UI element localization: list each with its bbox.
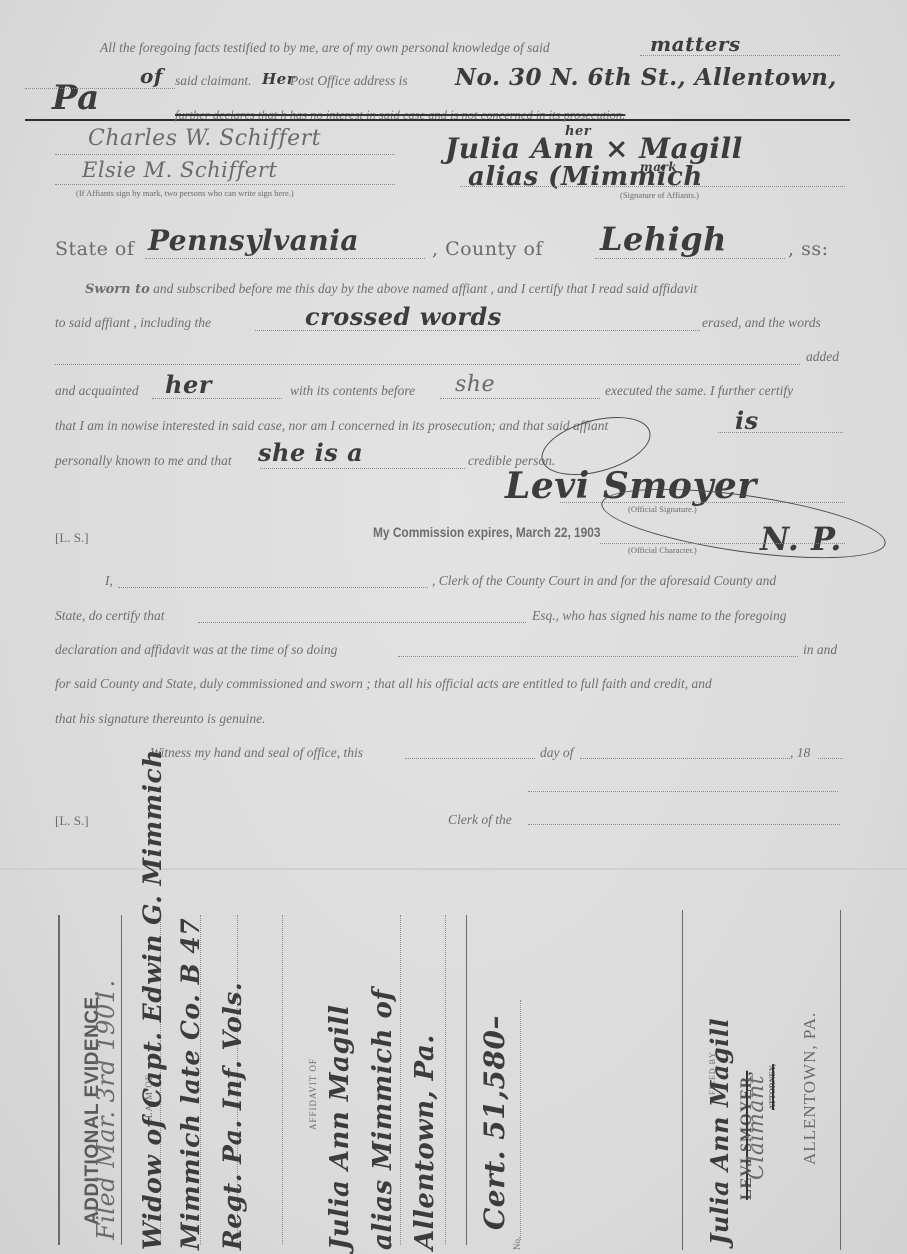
- clerk-line4: for said County and State, duly commissi…: [55, 676, 712, 692]
- filed-by-signature: Julia Ann Magill: [705, 1018, 734, 1245]
- clerk-line3-label: declaration and affidavit was at the tim…: [55, 642, 337, 658]
- witness-signature-1: Charles W. Schiffert: [88, 126, 321, 151]
- dotted-line: [400, 915, 401, 1245]
- dotted-line: [595, 258, 785, 259]
- office-field[interactable]: [398, 656, 798, 657]
- added-label: added: [806, 349, 839, 365]
- dotted-line: [282, 915, 283, 1245]
- dotted-line: [460, 186, 845, 187]
- clerk-line1-text: , Clerk of the County Court in and for t…: [432, 573, 776, 589]
- handwritten-address: No. 30 N. 6th St., Allentown,: [455, 64, 837, 91]
- clerk-name-field[interactable]: [118, 587, 428, 588]
- said-claimant-text: said claimant.: [175, 73, 252, 89]
- dotted-line: [55, 184, 395, 185]
- seal-label-2: [L. S.]: [55, 813, 89, 829]
- affiant-caption: (Signature of Affiants.): [620, 190, 699, 200]
- erased-label: erased, and the words: [702, 315, 821, 331]
- handwritten-her-2: her: [165, 370, 212, 399]
- handwritten-is: is: [735, 406, 759, 435]
- contents-label: with its contents before: [290, 383, 415, 399]
- post-office-label: Post Office address is: [290, 73, 408, 89]
- affidavit-line-3: Allentown, Pa.: [410, 1034, 440, 1250]
- claim-line-3: Regt. Pa. Inf. Vols.: [218, 982, 247, 1250]
- clerk-line2-text: Esq., who has signed his name to the for…: [532, 608, 787, 624]
- clerk-line2-label: State, do certify that: [55, 608, 164, 624]
- state-value: Pennsylvania: [148, 224, 359, 257]
- fold-crease: [0, 868, 907, 870]
- personally-known-label: personally known to me and that: [55, 453, 232, 469]
- dotted-line: [520, 1000, 521, 1240]
- including-label: to said affiant , including the: [55, 315, 211, 331]
- affidavit-line-1: Julia Ann Magill: [325, 1005, 355, 1250]
- affiant-signature-line2: alias (Mimmich: [468, 162, 703, 192]
- commission-stamp: My Commission expires, March 22, 1903: [373, 524, 601, 540]
- witness-hand-label: Witness my hand and seal of office, this: [150, 745, 363, 761]
- acquainted-label: and acquainted: [55, 383, 139, 399]
- ss-label: , ss:: [788, 238, 828, 260]
- year-prefix: , 18: [790, 745, 810, 761]
- docket-rule: [121, 915, 122, 1245]
- witness-signature-2: Elsie M. Schiffert: [82, 158, 277, 182]
- claim-line-2: Mimmich late Co. B 47: [176, 918, 205, 1250]
- sworn-line: Sworn to and subscribed before me this d…: [85, 281, 697, 297]
- clerk-line3-end: in and: [803, 642, 837, 658]
- day-field[interactable]: [405, 758, 535, 759]
- sworn-to-bold: Sworn to: [85, 282, 150, 297]
- esquire-name-field[interactable]: [198, 622, 526, 623]
- handwritten-crossed-words: crossed words: [305, 302, 502, 331]
- clerk-signature-field[interactable]: [528, 791, 838, 792]
- affidavit-of-label: AFFIDAVIT OF: [308, 1058, 318, 1130]
- handwritten-she: she: [455, 372, 495, 397]
- affidavit-line-2: alias Mimmich of: [368, 989, 398, 1250]
- county-value: Lehigh: [600, 220, 727, 258]
- state-label: State of: [55, 238, 134, 260]
- claimant-handwritten: Claimant: [744, 1075, 769, 1180]
- county-label: , County of: [432, 238, 543, 260]
- seal-label-1: [L. S.]: [55, 530, 89, 546]
- handwritten-she-is-a: she is a: [258, 438, 363, 467]
- docket-border-left: [58, 915, 60, 1245]
- official-character: N. P.: [760, 520, 842, 558]
- printed-text: All the foregoing facts testified to by …: [100, 40, 550, 55]
- number-label: No.: [512, 1237, 522, 1250]
- court-name-field[interactable]: [528, 824, 840, 825]
- dotted-line: [55, 364, 800, 365]
- dotted-line: [55, 154, 395, 155]
- day-of-label: day of: [540, 745, 573, 761]
- certificate-number: Cert. 51,580–: [478, 1015, 511, 1230]
- dotted-line: [145, 258, 425, 259]
- dotted-line: [260, 468, 465, 469]
- handwritten-matters: matters: [650, 32, 741, 56]
- clerk-of-the-label: Clerk of the: [448, 812, 512, 828]
- dotted-line: [440, 398, 600, 399]
- struck-declaration: further declares that h has no interest …: [175, 108, 625, 123]
- affiant-signature-line1: Julia Ann × Magill: [445, 132, 743, 165]
- document-page: All the foregoing facts testified to by …: [0, 0, 907, 1254]
- place-allentown: ALLENTOWN, PA.: [800, 1012, 820, 1165]
- docket-rule: [682, 910, 683, 1250]
- foregoing-facts-line: All the foregoing facts testified to by …: [100, 40, 550, 56]
- dotted-line: [445, 915, 446, 1245]
- filed-date: Filed Mar. 3rd 1901.: [92, 979, 120, 1240]
- month-field[interactable]: [580, 758, 790, 759]
- nowise-line: that I am in nowise interested in said c…: [55, 418, 608, 434]
- official-character-caption: (Official Character.): [628, 545, 697, 555]
- claim-line-1: Widow of Capt. Edwin G. Mimmich: [138, 749, 167, 1250]
- clerk-i-label: I,: [105, 573, 113, 589]
- clerk-line5: that his signature thereunto is genuine.: [55, 711, 265, 727]
- dotted-line: [600, 543, 845, 544]
- dotted-line: [25, 88, 175, 89]
- year-field[interactable]: [818, 758, 843, 759]
- handwritten-pa: Pa: [52, 78, 100, 118]
- handwritten-of: of: [140, 64, 163, 88]
- docket-rule: [466, 915, 467, 1245]
- executed-label: executed the same. I further certify: [605, 383, 793, 399]
- witness-caption: (If Affiants sign by mark, two persons w…: [76, 188, 294, 198]
- docket-border-right: [840, 910, 841, 1250]
- sworn-rest: and subscribed before me this day by the…: [153, 281, 697, 296]
- struck-attorney-label: ATTORNEY,: [768, 1064, 777, 1110]
